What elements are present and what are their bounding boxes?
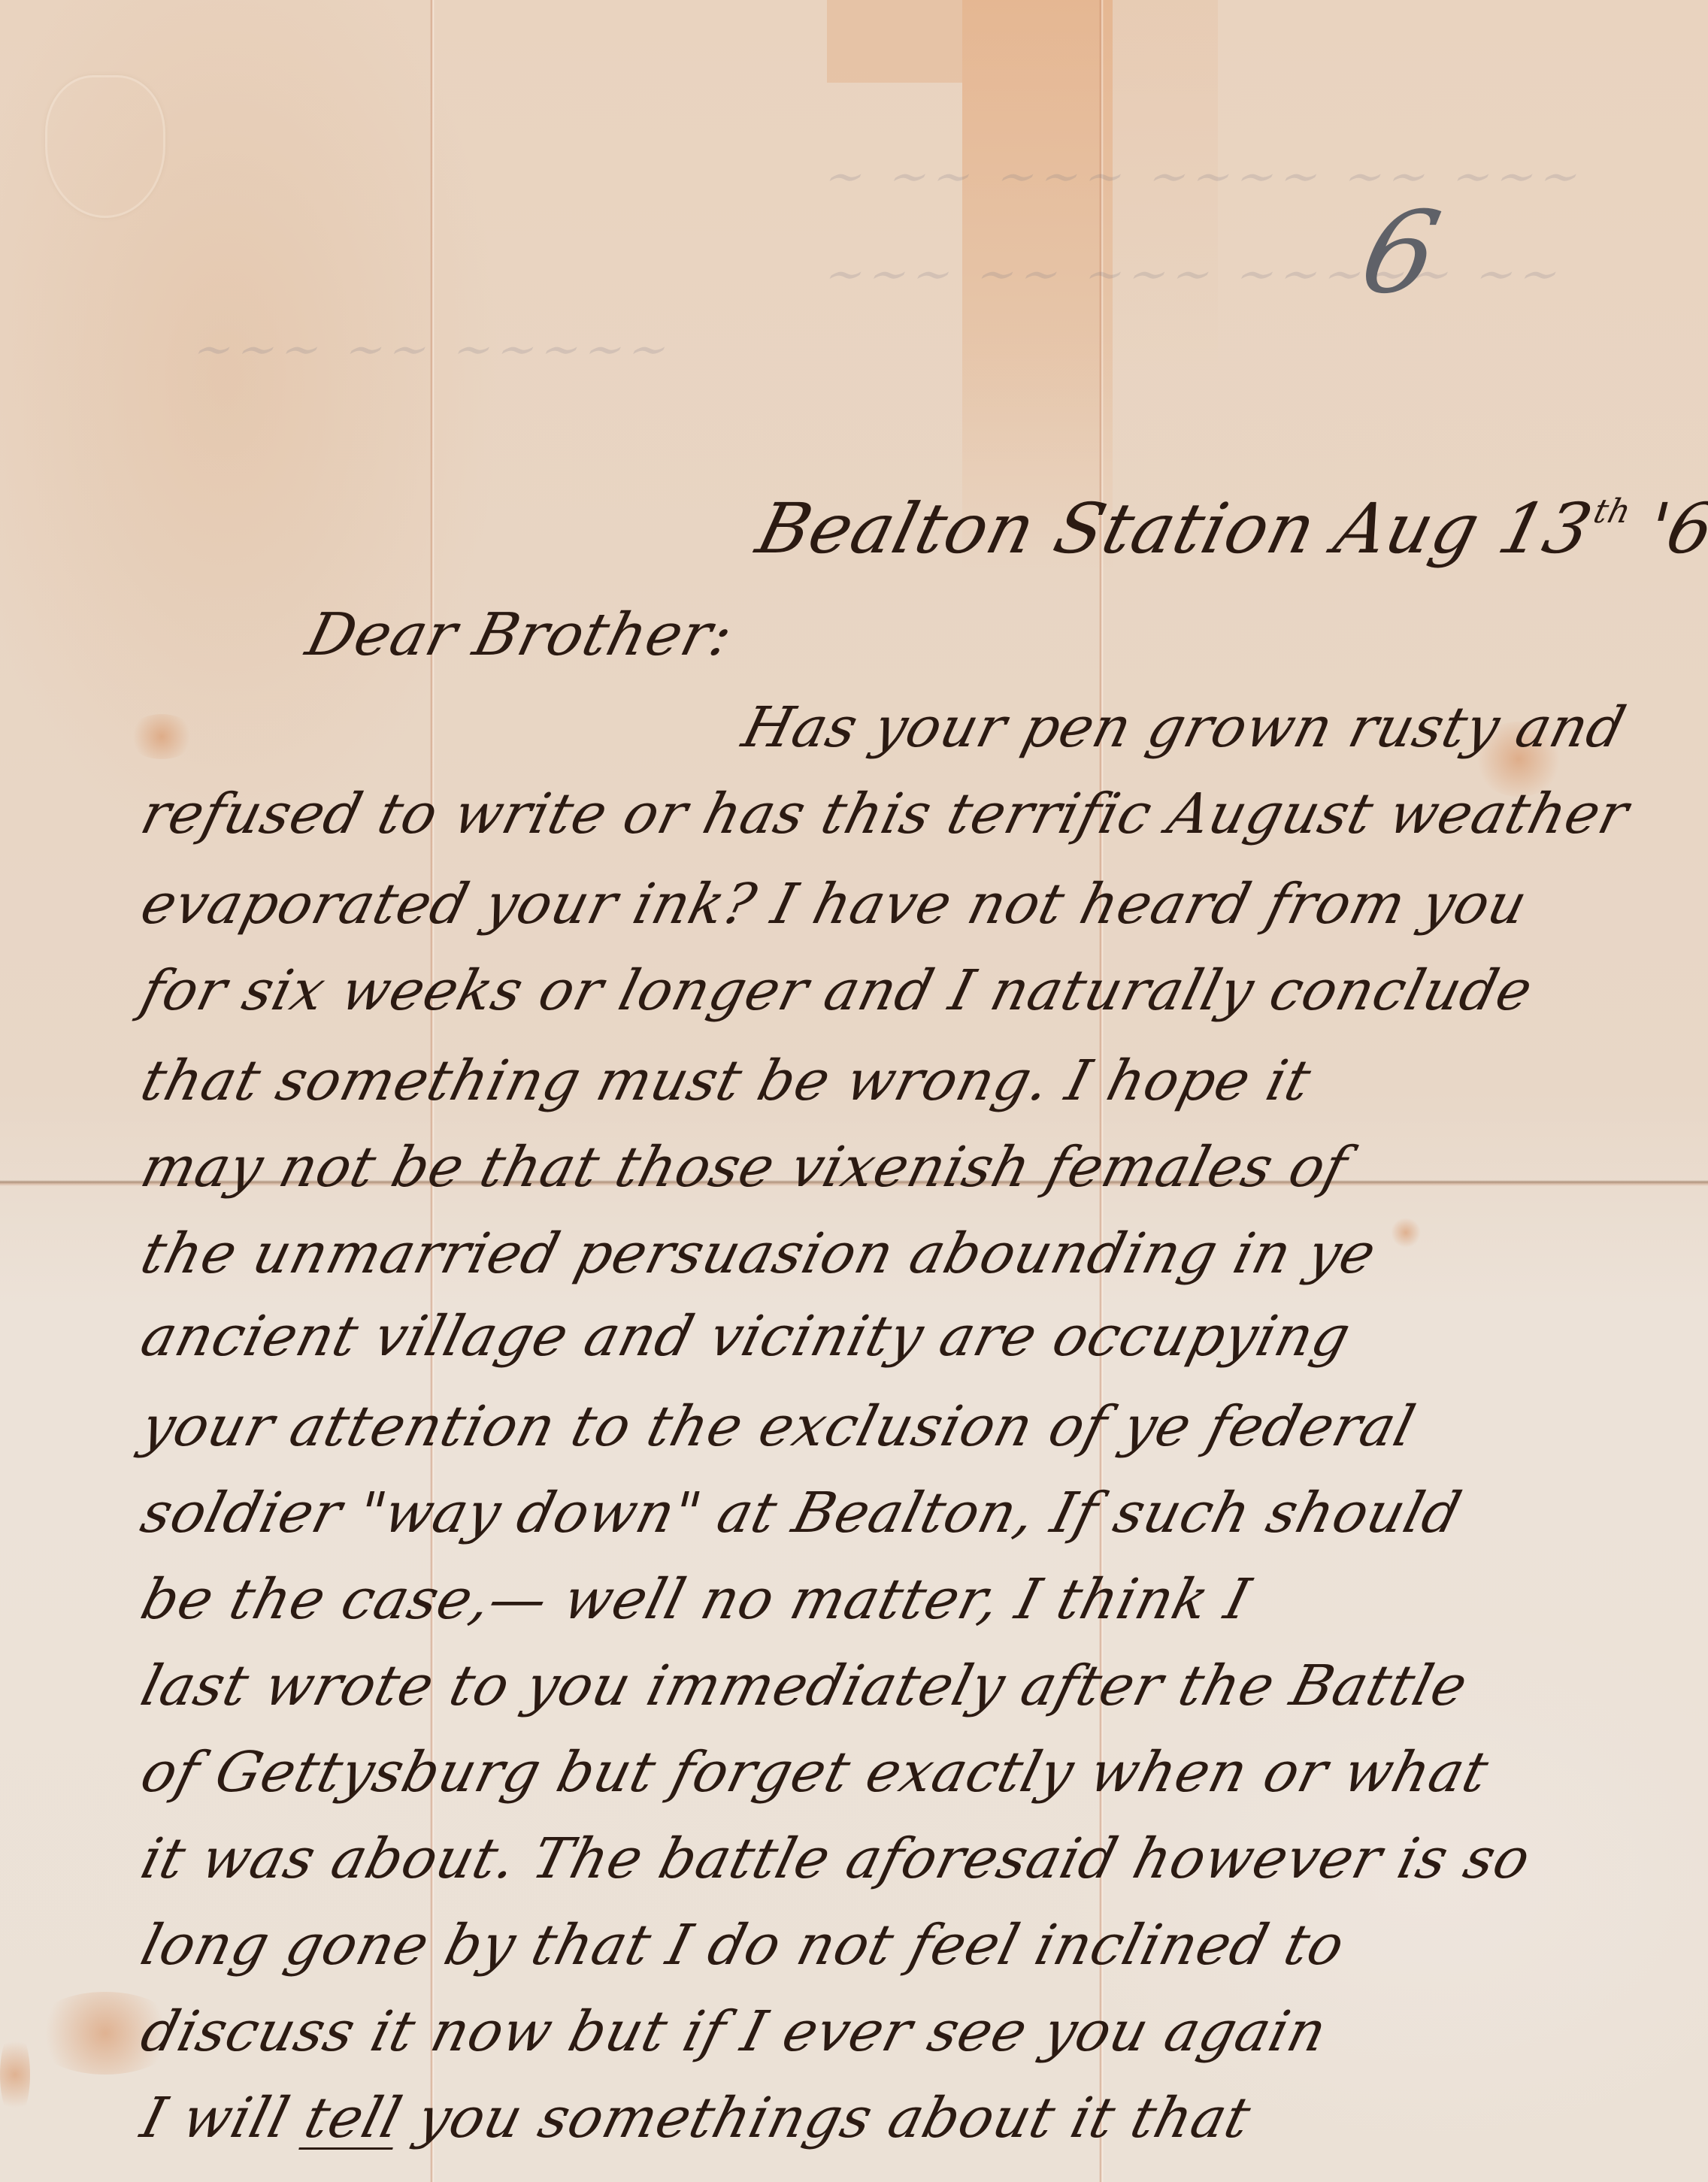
- salutation: Dear Brother:: [300, 601, 740, 669]
- bleed-through-text: ~~~ ~~ ~~~~~: [183, 323, 687, 376]
- body-line: ancient village and vicinity are occupyi…: [135, 1304, 1357, 1369]
- body-line: it was about. The battle aforesaid howev…: [135, 1826, 1537, 1891]
- heading-year: '63: [1639, 489, 1708, 569]
- body-line: may not be that those vixenish females o…: [135, 1135, 1354, 1200]
- heading-date: Aug 13: [1327, 489, 1600, 569]
- letter-heading: Bealton Station Aug 13th '63: [750, 489, 1708, 569]
- heading-place: Bealton Station: [750, 489, 1325, 569]
- body-line: for six weeks or longer and I naturally …: [135, 958, 1539, 1023]
- body-line: soldier "way down" at Bealton, If such s…: [135, 1481, 1467, 1545]
- body-line: I will tell you somethings about it that: [135, 2086, 1257, 2150]
- body-line: that something must be wrong. I hope it: [135, 1049, 1317, 1113]
- body-line: evaporated your ink? I have not heard fr…: [135, 872, 1534, 937]
- body-text: I will: [135, 2086, 314, 2150]
- body-line: of Gettysburg but forget exactly when or…: [135, 1740, 1494, 1805]
- body-line: discuss it now but if I ever see you aga…: [135, 1999, 1334, 2064]
- body-line: Has your pen grown rusty and: [736, 695, 1632, 760]
- body-line: long gone by that I do not feel inclined…: [135, 1913, 1351, 1978]
- bleed-through-text: ~ ~~ ~~~ ~~~~ ~~ ~~~: [815, 150, 1598, 203]
- body-line: the unmarried persuasion abounding in ye: [135, 1221, 1382, 1286]
- body-line: last wrote to you immediately after the …: [135, 1654, 1474, 1718]
- body-line: be the case,— well no matter, I think I: [135, 1567, 1257, 1632]
- foxing-spot: [1391, 1218, 1421, 1248]
- underlined-word: tell: [298, 2086, 408, 2150]
- water-stain: [827, 0, 962, 83]
- embossed-stationery-mark-icon: [45, 75, 165, 218]
- body-text: you somethings about it that: [392, 2086, 1258, 2150]
- foxing-spot: [128, 714, 195, 759]
- bleed-through-text: ~~~ ~~ ~~~ ~~~~~ ~~: [815, 248, 1578, 301]
- body-line: refused to write or has this terrific Au…: [135, 782, 1635, 846]
- foxing-spot: [0, 2029, 30, 2120]
- letter-page: ~ ~~ ~~~ ~~~~ ~~ ~~~ ~~~ ~~ ~~~ ~~~~~ ~~…: [0, 0, 1708, 2182]
- body-line: your attention to the exclusion of ye fe…: [135, 1394, 1422, 1459]
